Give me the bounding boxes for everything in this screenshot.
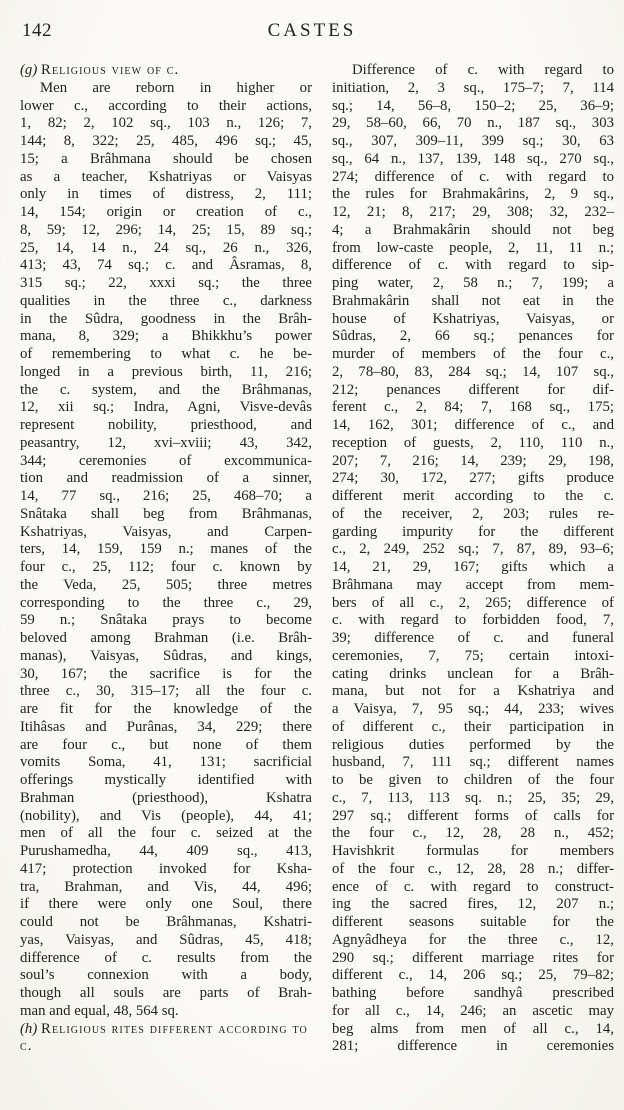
index-line: 8, 59; 12, 296; 14, 25; 15, 89 sq.; [20,222,312,240]
index-line: Agnyâdheya for the three c., 12, [332,932,614,950]
index-line: peasantry, 12, xvi–xviii; 43, 342, [20,435,312,453]
index-line: though all souls are parts of Brah- [20,985,312,1003]
index-line: manas), Vaisyas, Sûdras, and kings, [20,648,312,666]
index-line: man and equal, 48, 564 sq. [20,1003,312,1021]
index-columns: (g) Religious view of c. Men are reborn … [20,62,614,1056]
index-line: 14, 162, 301; difference of c., and [332,417,614,435]
index-line: three c., 30, 315–17; all the four c. [20,683,312,701]
index-line: are fit for the knowledge of the [20,701,312,719]
index-line: 14, 154; origin or creation of c., [20,204,312,222]
index-line: c. with regard to forbidden food, 7, [332,612,614,630]
index-line: four c., 25, 112; four c. known by [20,559,312,577]
index-line: 281; difference in ceremonies [332,1038,614,1056]
index-line: soul’s connexion with a body, [20,967,312,985]
page-header: 142 CASTES [0,20,624,44]
index-line: vomits Soma, 41, 131; sacrificial [20,754,312,772]
index-line: of the receiver, 2, 203; rules re- [332,506,614,524]
index-line: sq., 64 n., 137, 139, 148 sq., 270 sq., [332,151,614,169]
index-line: 274; difference of c. with regard to [332,169,614,187]
index-line: house of Kshatriyas, Vaisyas, or [332,311,614,329]
index-line: different c., 14, 206 sq.; 25, 79–82; [332,967,614,985]
index-line: 207; 7, 216; 14, 239; 29, 198, [332,453,614,471]
index-line: Brahmakârin shall not eat in the [332,293,614,311]
index-line: difference of c. results from the [20,950,312,968]
index-line: of remembering to what c. he be- [20,346,312,364]
index-line: difference of c. with regard to sip- [332,257,614,275]
right-column: Difference of c. with regard toinitiatio… [332,62,614,1056]
index-line: the four c., 12, 28, 28 n., 452; [332,825,614,843]
index-line: represent nobility, priesthood, and [20,417,312,435]
section-marker-h: (h) [20,1021,37,1037]
index-line: in the Sûdra, goodness in the Brâh- [20,311,312,329]
section-heading-g: (g) Religious view of c. [20,62,312,80]
index-line: 30, 167; the sacrifice is for the [20,666,312,684]
section-heading-h-text: Religious rites different according to c… [20,1021,308,1055]
index-line: religious duties performed by the [332,737,614,755]
index-line: 413; 43, 74 sq.; c. and Âsramas, 8, [20,257,312,275]
index-line: 274; 30, 172, 277; gifts produce [332,470,614,488]
index-line: Snâtaka shall beg from Brâhmanas, [20,506,312,524]
running-title: CASTES [0,20,624,42]
index-line: reception of guests, 2, 110, 110 n., [332,435,614,453]
index-line: c., 2, 249, 252 sq.; 7, 87, 89, 93–6; [332,541,614,559]
index-line: corresponding to the three c., 29, [20,595,312,613]
index-line: initiation, 2, 3 sq., 175–7; 7, 114 [332,80,614,98]
index-line: husband, 7, 111 sq.; different names [332,754,614,772]
index-line: Brahman (priesthood), Kshatra [20,790,312,808]
index-line: Sûdras, 2, 66 sq.; penances for [332,328,614,346]
index-line: 14, 21, 29, 167; gifts which a [332,559,614,577]
book-page: 142 CASTES (g) Religious view of c. Men … [0,0,624,1110]
index-line: as a teacher, Kshatriyas or Vaisyas [20,169,312,187]
index-line: are four c., but none of them [20,737,312,755]
index-line: men of all the four c. seized at the [20,825,312,843]
index-line: Purushamedha, 44, 409 sq., 413, [20,843,312,861]
index-line: 14, 77 sq., 216; 25, 468–70; a [20,488,312,506]
index-line: ceremonies, 7, 75; certain intoxi- [332,648,614,666]
index-line: bathing before sandhyâ prescribed [332,985,614,1003]
index-line: to be given to children of the four [332,772,614,790]
index-line: cating drinks unclean for a Brâh- [332,666,614,684]
index-line: 4; a Brahmakârin should not beg [332,222,614,240]
index-line: Difference of c. with regard to [332,62,614,80]
section-heading-h: (h) Religious rites different according … [20,1021,312,1057]
index-line: of different c., their participation in [332,719,614,737]
index-line: only in times of distress, 2, 111; [20,186,312,204]
index-line: Itihâsas and Purânas, 34, 229; there [20,719,312,737]
index-line: 12, xii sq.; Indra, Agni, Visve-devâs [20,399,312,417]
index-line: ters, 14, 159, 159 n.; manes of the [20,541,312,559]
index-line: 2, 78–80, 83, 284 sq.; 14, 107 sq., [332,364,614,382]
index-line: murder of members of the four c., [332,346,614,364]
index-line: ferent c., 2, 84; 7, 168 sq., 175; [332,399,614,417]
index-line: 344; ceremonies of excommunica- [20,453,312,471]
index-line: 315 sq.; 22, xxxi sq.; the three [20,275,312,293]
index-line: 417; protection invoked for Ksha- [20,861,312,879]
index-line: 15; a Brâhmana should be chosen [20,151,312,169]
index-line: the rules for Brahmakârins, 2, 9 sq., [332,186,614,204]
index-line: offerings mystically identified with [20,772,312,790]
index-line: for all c., 14, 246; an ascetic may [332,1003,614,1021]
index-line: 144; 8, 322; 25, 485, 496 sq.; 45, [20,133,312,151]
index-line: mana, but not for a Kshatriya and [332,683,614,701]
index-line: tion and readmission of a sinner, [20,470,312,488]
left-column-lines: Men are reborn in higher orlower c., acc… [20,80,312,1021]
index-line: 290 sq.; different marriage rites for [332,950,614,968]
index-line: bers of all c., 2, 265; difference of [332,595,614,613]
index-line: mana, 8, 329; a Bhikkhu’s power [20,328,312,346]
index-line: 297 sq.; different forms of calls for [332,808,614,826]
index-line: sq., 307, 309–11, 399 sq.; 30, 63 [332,133,614,151]
index-line: 212; penances different for dif- [332,382,614,400]
page-number: 142 [22,20,52,42]
index-line: longed in a previous birth, 11, 216; [20,364,312,382]
left-column: (g) Religious view of c. Men are reborn … [20,62,312,1056]
index-line: a Vaisya, 7, 95 sq.; 44, 233; wives [332,701,614,719]
index-line: the Veda, 25, 505; three metres [20,577,312,595]
index-line: qualities in the three c., darkness [20,293,312,311]
index-line: the c. system, and the Brâhmanas, [20,382,312,400]
index-line: different merit according to the c. [332,488,614,506]
index-line: tra, Brahman, and Vis, 44, 496; [20,879,312,897]
index-line: ence of c. with regard to construct- [332,879,614,897]
section-marker-g: (g) [20,62,37,78]
index-line: Kshatriyas, Vaisyas, and Carpen- [20,524,312,542]
index-line: ing the sacred fires, 12, 207 n.; [332,896,614,914]
index-line: could not be Brâhmanas, Kshatri- [20,914,312,932]
index-line: if there were only one Soul, there [20,896,312,914]
index-line: of the four c., 12, 28, 28 n.; differ- [332,861,614,879]
index-line: garding impurity for the different [332,524,614,542]
index-line: Havishkrit formulas for members [332,843,614,861]
section-heading-g-text: Religious view of c. [41,62,179,78]
index-line: 39; difference of c. and funeral [332,630,614,648]
index-line: yas, Vaisyas, and Sûdras, 45, 418; [20,932,312,950]
index-line: from low-caste people, 2, 11, 11 n.; [332,240,614,258]
index-line: (nobility), and Vis (people), 44, 41; [20,808,312,826]
index-line: different seasons suitable for the [332,914,614,932]
right-column-lines: Difference of c. with regard toinitiatio… [332,62,614,1056]
index-line: Men are reborn in higher or [20,80,312,98]
index-line: 59 n.; Snâtaka prays to become [20,612,312,630]
index-line: 1, 82; 2, 102 sq., 103 n., 126; 7, [20,115,312,133]
index-line: beloved among Brahman (i.e. Brâh- [20,630,312,648]
index-line: 29, 58–60, 66, 70 n., 187 sq., 303 [332,115,614,133]
index-line: ping water, 2, 58 n.; 7, 199; a [332,275,614,293]
index-line: 25, 14, 14 n., 24 sq., 26 n., 326, [20,240,312,258]
index-line: lower c., according to their actions, [20,98,312,116]
index-line: 12, 21; 8, 217; 29, 308; 32, 232– [332,204,614,222]
index-line: Brâhmana may accept from mem- [332,577,614,595]
index-line: beg alms from men of all c., 14, [332,1021,614,1039]
index-line: sq.; 14, 56–8, 150–2; 25, 36–9; [332,98,614,116]
index-line: c., 7, 113, 113 sq. n.; 25, 35; 29, [332,790,614,808]
